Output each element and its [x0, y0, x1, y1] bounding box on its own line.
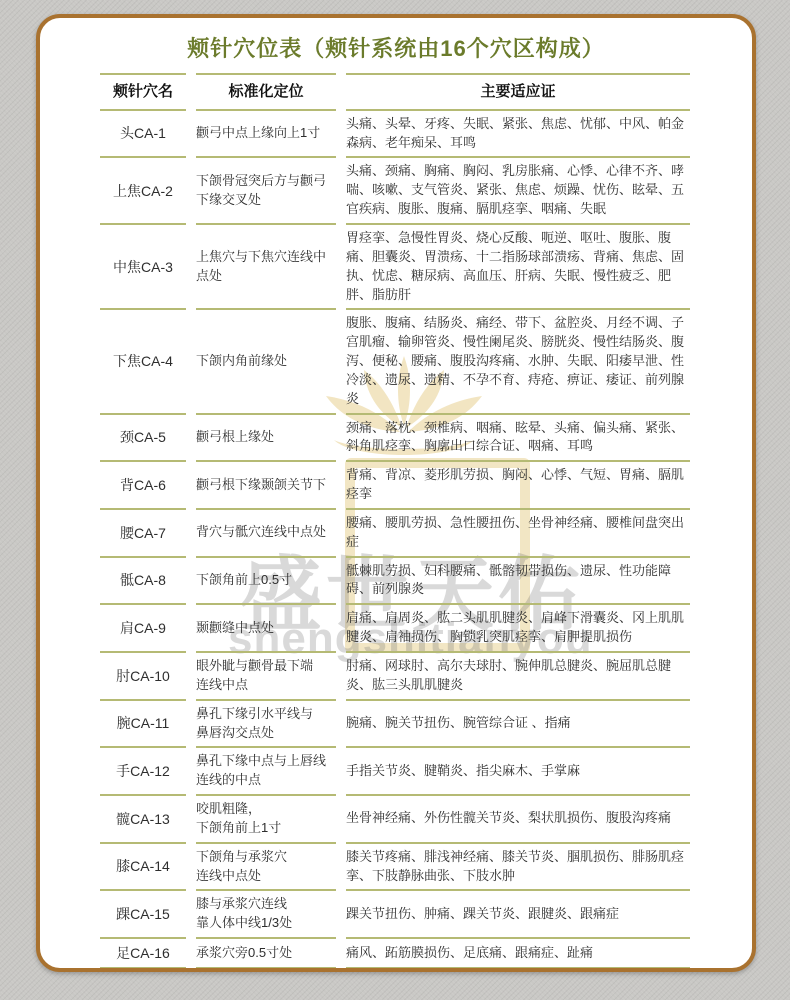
point-name: 背CA-6 [100, 460, 186, 508]
point-name: 手CA-12 [100, 746, 186, 794]
point-location: 眼外眦与颧骨最下端 连线中点 [196, 651, 336, 699]
point-name: 颈CA-5 [100, 413, 186, 461]
table-row: 手CA-12 鼻孔下缘中点与上唇线 连线的中点 手指关节炎、腱鞘炎、指尖麻木、手… [100, 746, 690, 794]
point-location: 颧弓根下缘颞颌关节下 [196, 460, 336, 508]
table-row: 肘CA-10 眼外眦与颧骨最下端 连线中点 肘痛、网球肘、高尔夫球肘、腕伸肌总腱… [100, 651, 690, 699]
table-row: 颈CA-5 颧弓根上缘处 颈痛、落枕、颈椎病、咽痛、眩晕、头痛、偏头痛、紧张、斜… [100, 413, 690, 461]
table-row: 上焦CA-2 下颌骨冠突后方与颧弓 下缘交叉处 头痛、颈痛、胸痛、胸闷、乳房胀痛… [100, 156, 690, 223]
acupoint-table: 颊针穴名 标准化定位 主要适应证 头CA-1 颧弓中点上缘向上1寸 头痛、头晕、… [100, 73, 690, 969]
point-name: 足CA-16 [100, 937, 186, 967]
table-row: 中焦CA-3 上焦穴与下焦穴连线中 点处 胃痉挛、急慢性胃炎、烧心反酸、呃逆、呕… [100, 223, 690, 308]
point-indications: 腹胀、腹痛、结肠炎、痛经、带下、盆腔炎、月经不调、子宫肌瘤、输卵管炎、慢性阑尾炎… [346, 308, 690, 412]
point-indications: 头痛、颈痛、胸痛、胸闷、乳房胀痛、心悸、心律不齐、哮喘、咳嗽、支气管炎、紧张、焦… [346, 156, 690, 223]
point-name: 头CA-1 [100, 109, 186, 157]
point-indications: 肘痛、网球肘、高尔夫球肘、腕伸肌总腱炎、腕屈肌总腱炎、肱三头肌肌腱炎 [346, 651, 690, 699]
point-indications: 头痛、头晕、牙疼、失眠、紧张、焦虑、忧郁、中风、帕金森病、老年痴呆、耳鸣 [346, 109, 690, 157]
table-header-row: 颊针穴名 标准化定位 主要适应证 [100, 73, 690, 109]
header-point-name: 颊针穴名 [100, 73, 186, 109]
point-indications: 膝关节疼痛、腓浅神经痛、膝关节炎、腘肌损伤、腓肠肌痉挛、下肢静脉曲张、下肢水肿 [346, 842, 690, 890]
point-name: 肩CA-9 [100, 603, 186, 651]
point-name: 膝CA-14 [100, 842, 186, 890]
point-name: 上焦CA-2 [100, 156, 186, 223]
table-bottom-rule [100, 967, 690, 969]
table-row: 肩CA-9 颞颧缝中点处 肩痛、肩周炎、肱二头肌肌腱炎、肩峰下滑囊炎、冈上肌肌腱… [100, 603, 690, 651]
table-row: 踝CA-15 膝与承浆穴连线 靠人体中线1/3处 踝关节扭伤、肿痛、踝关节炎、跟… [100, 889, 690, 937]
point-name: 下焦CA-4 [100, 308, 186, 412]
point-indications: 腰痛、腰肌劳损、急性腰扭伤、坐骨神经痛、腰椎间盘突出症 [346, 508, 690, 556]
point-indications: 踝关节扭伤、肿痛、踝关节炎、跟腱炎、跟痛症 [346, 889, 690, 937]
point-location: 膝与承浆穴连线 靠人体中线1/3处 [196, 889, 336, 937]
table-row: 骶CA-8 下颌角前上0.5寸 骶棘肌劳损、妇科腰痛、骶髂韧带损伤、遗尿、性功能… [100, 556, 690, 604]
header-indications: 主要适应证 [346, 73, 690, 109]
table-row: 下焦CA-4 下颌内角前缘处 腹胀、腹痛、结肠炎、痛经、带下、盆腔炎、月经不调、… [100, 308, 690, 412]
point-location: 鼻孔下缘引水平线与 鼻唇沟交点处 [196, 699, 336, 747]
point-indications: 骶棘肌劳损、妇科腰痛、骶髂韧带损伤、遗尿、性功能障碍、前列腺炎 [346, 556, 690, 604]
header-location: 标准化定位 [196, 73, 336, 109]
point-name: 踝CA-15 [100, 889, 186, 937]
point-location: 下颌骨冠突后方与颧弓 下缘交叉处 [196, 156, 336, 223]
point-indications: 肩痛、肩周炎、肱二头肌肌腱炎、肩峰下滑囊炎、冈上肌肌腱炎、肩袖损伤、胸锁乳突肌痉… [346, 603, 690, 651]
point-indications: 腕痛、腕关节扭伤、腕管综合证 、指痛 [346, 699, 690, 747]
point-indications: 颈痛、落枕、颈椎病、咽痛、眩晕、头痛、偏头痛、紧张、斜角肌痉挛、胸廓出口综合证、… [346, 413, 690, 461]
point-indications: 背痛、背凉、菱形肌劳损、胸闷、心悸、气短、胃痛、膈肌痉挛 [346, 460, 690, 508]
point-location: 颧弓中点上缘向上1寸 [196, 109, 336, 157]
point-location: 上焦穴与下焦穴连线中 点处 [196, 223, 336, 308]
point-name: 腰CA-7 [100, 508, 186, 556]
poster-card: 盛世天佑 shengshitianyou 颊针穴位表（颊针系统由16个穴区构成）… [36, 14, 756, 972]
table-row: 腰CA-7 背穴与骶穴连线中点处 腰痛、腰肌劳损、急性腰扭伤、坐骨神经痛、腰椎间… [100, 508, 690, 556]
point-location: 承浆穴旁0.5寸处 [196, 937, 336, 967]
point-location: 颧弓根上缘处 [196, 413, 336, 461]
point-indications: 痛风、跖筋膜损伤、足底痛、跟痛症、趾痛 [346, 937, 690, 967]
point-indications: 胃痉挛、急慢性胃炎、烧心反酸、呃逆、呕吐、腹胀、腹痛、胆囊炎、胃溃疡、十二指肠球… [346, 223, 690, 308]
table-row: 髋CA-13 咬肌粗隆， 下颌角前上1寸 坐骨神经痛、外伤性髋关节炎、梨状肌损伤… [100, 794, 690, 842]
point-indications: 坐骨神经痛、外伤性髋关节炎、梨状肌损伤、腹股沟疼痛 [346, 794, 690, 842]
page-title: 颊针穴位表（颊针系统由16个穴区构成） [40, 32, 752, 63]
point-name: 中焦CA-3 [100, 223, 186, 308]
point-name: 髋CA-13 [100, 794, 186, 842]
point-name: 骶CA-8 [100, 556, 186, 604]
point-location: 咬肌粗隆， 下颌角前上1寸 [196, 794, 336, 842]
point-location: 下颌角前上0.5寸 [196, 556, 336, 604]
point-indications: 手指关节炎、腱鞘炎、指尖麻木、手掌麻 [346, 746, 690, 794]
point-location: 下颌角与承浆穴 连线中点处 [196, 842, 336, 890]
point-location: 下颌内角前缘处 [196, 308, 336, 412]
point-name: 肘CA-10 [100, 651, 186, 699]
table-row: 腕CA-11 鼻孔下缘引水平线与 鼻唇沟交点处 腕痛、腕关节扭伤、腕管综合证 、… [100, 699, 690, 747]
point-location: 颞颧缝中点处 [196, 603, 336, 651]
table-row: 头CA-1 颧弓中点上缘向上1寸 头痛、头晕、牙疼、失眠、紧张、焦虑、忧郁、中风… [100, 109, 690, 157]
table-row: 膝CA-14 下颌角与承浆穴 连线中点处 膝关节疼痛、腓浅神经痛、膝关节炎、腘肌… [100, 842, 690, 890]
point-location: 鼻孔下缘中点与上唇线 连线的中点 [196, 746, 336, 794]
point-name: 腕CA-11 [100, 699, 186, 747]
table-row: 足CA-16 承浆穴旁0.5寸处 痛风、跖筋膜损伤、足底痛、跟痛症、趾痛 [100, 937, 690, 967]
table-row: 背CA-6 颧弓根下缘颞颌关节下 背痛、背凉、菱形肌劳损、胸闷、心悸、气短、胃痛… [100, 460, 690, 508]
point-location: 背穴与骶穴连线中点处 [196, 508, 336, 556]
